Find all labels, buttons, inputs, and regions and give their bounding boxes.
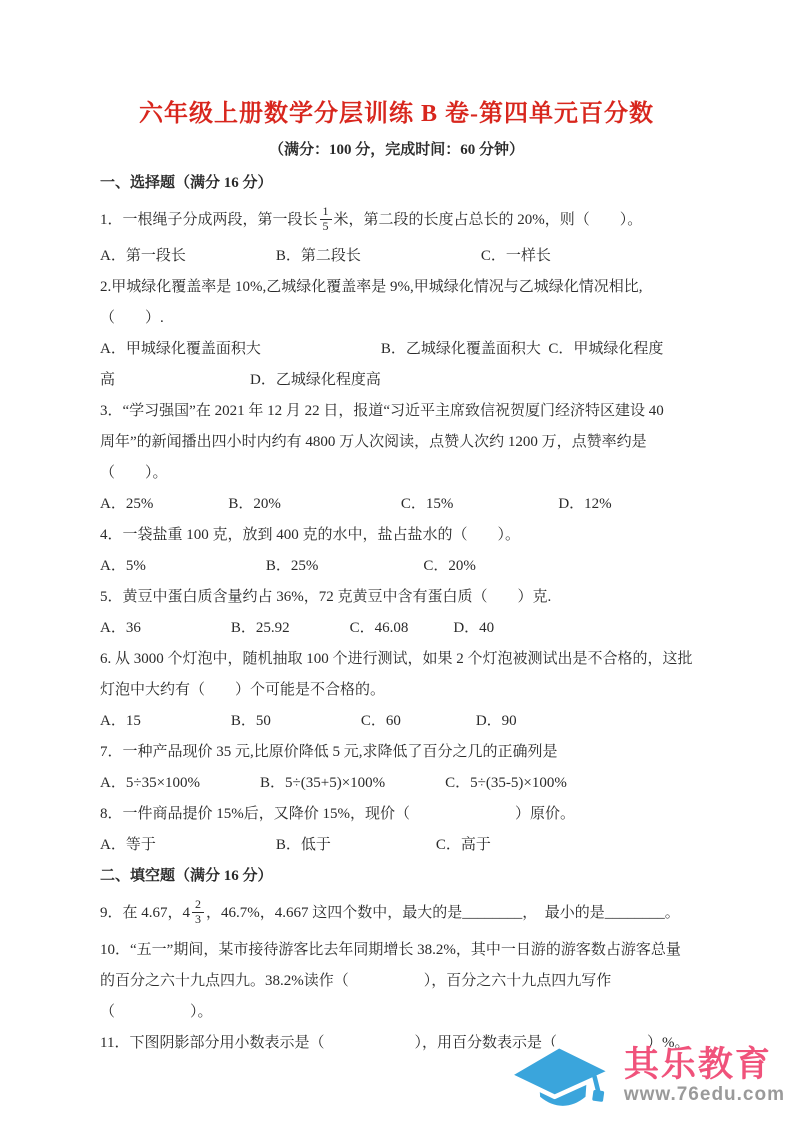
question-5-options: A．36 B．25.92 C．46.08 D．40 (100, 613, 693, 644)
question-2-options-line-2: 高 D．乙城绿化程度高 (100, 365, 693, 396)
brand-footer: 其乐教育 www.76edu.com (502, 1034, 785, 1116)
brand-name: 其乐教育 (624, 1046, 785, 1084)
question-10-stem-line-2: 的百分之六十九点四九。38.2%读作（ ），百分之六十九点四九写作（ ）。 (100, 966, 693, 1028)
brand-text-block: 其乐教育 www.76edu.com (624, 1046, 785, 1105)
question-1-options: A．第一段长 B．第二段长 C．一样长 (100, 241, 693, 272)
fraction-numerator: 1 (320, 205, 332, 220)
question-2-stem: 2.甲城绿化覆盖率是 10%,乙城绿化覆盖率是 9%,甲城绿化情况与乙城绿化情况… (100, 272, 693, 334)
question-6-options: A．15 B．50 C．60 D．90 (100, 706, 693, 737)
question-4-stem: 4．一袋盐重 100 克，放到 400 克的水中，盐占盐水的（ ）。 (100, 520, 693, 551)
question-3-stem-line-1: 3．“学习强国”在 2021 年 12 月 22 日，报道“习近平主席致信祝贺厦… (100, 396, 693, 427)
fraction-denominator: 3 (192, 913, 204, 927)
fraction-two-thirds: 23 (192, 898, 204, 927)
question-1-text-pre: 1．一根绳子分成两段，第一段长 (100, 212, 318, 228)
fraction-one-fifth: 15 (320, 205, 332, 234)
question-6-stem-line-1: 6. 从 3000 个灯泡中，随机抽取 100 个进行测试，如果 2 个灯泡被测… (100, 644, 693, 675)
section-heading-choice: 一、选择题（满分 16 分） (100, 168, 693, 199)
question-7-stem: 7．一种产品现价 35 元,比原价降低 5 元,求降低了百分之几的正确列是 (100, 737, 693, 768)
brand-url: www.76edu.com (624, 1084, 785, 1105)
question-3-options: A．25% B．20% C．15% D．12% (100, 489, 693, 520)
worksheet-page: 六年级上册数学分层训练 B 卷-第四单元百分数 （满分：100 分，完成时间：6… (0, 0, 793, 1059)
graduation-cap-icon (502, 1034, 620, 1116)
page-subtitle: （满分：100 分，完成时间：60 分钟） (100, 138, 693, 162)
question-5-stem: 5．黄豆中蛋白质含量约占 36%，72 克黄豆中含有蛋白质（ ）克. (100, 582, 693, 613)
question-9-text-post: ，46.7%，4.667 这四个数中，最大的是________， 最小的是___… (206, 905, 680, 921)
question-6-stem-line-2: 灯泡中大约有（ ）个可能是不合格的。 (100, 675, 693, 706)
question-1-text-post: 米，第二段的长度占总长的 20%，则（ ）。 (334, 212, 643, 228)
question-9-text-pre: 9．在 4.67， (100, 905, 183, 921)
fraction-numerator: 2 (192, 898, 204, 913)
section-heading-fill-blank: 二、填空题（满分 16 分） (100, 861, 693, 892)
page-title: 六年级上册数学分层训练 B 卷-第四单元百分数 (100, 96, 693, 132)
question-2-options-line-1: A．甲城绿化覆盖面积大 B．乙城绿化覆盖面积大 C．甲城绿化程度 (100, 334, 693, 365)
question-10-stem-line-1: 10．“五一”期间，某市接待游客比去年同期增长 38.2%，其中一日游的游客数占… (100, 935, 693, 966)
question-9-stem: 9．在 4.67，423，46.7%，4.667 这四个数中，最大的是_____… (100, 892, 693, 935)
question-8-stem: 8．一件商品提价 15%后，又降价 15%，现价（ ）原价。 (100, 799, 693, 830)
question-7-options: A．5÷35×100% B．5÷(35+5)×100% C．5÷(35-5)×1… (100, 768, 693, 799)
question-4-options: A．5% B．25% C．20% (100, 551, 693, 582)
fraction-denominator: 5 (320, 220, 332, 234)
question-8-options: A．等于 B．低于 C．高于 (100, 830, 693, 861)
question-1-stem: 1．一根绳子分成两段，第一段长15米，第二段的长度占总长的 20%，则（ ）。 (100, 199, 693, 241)
mixed-number-whole: 4 (183, 892, 191, 934)
question-3-stem-line-2: 周年”的新闻播出四小时内约有 4800 万人次阅读，点赞人次约 1200 万，点… (100, 427, 693, 489)
